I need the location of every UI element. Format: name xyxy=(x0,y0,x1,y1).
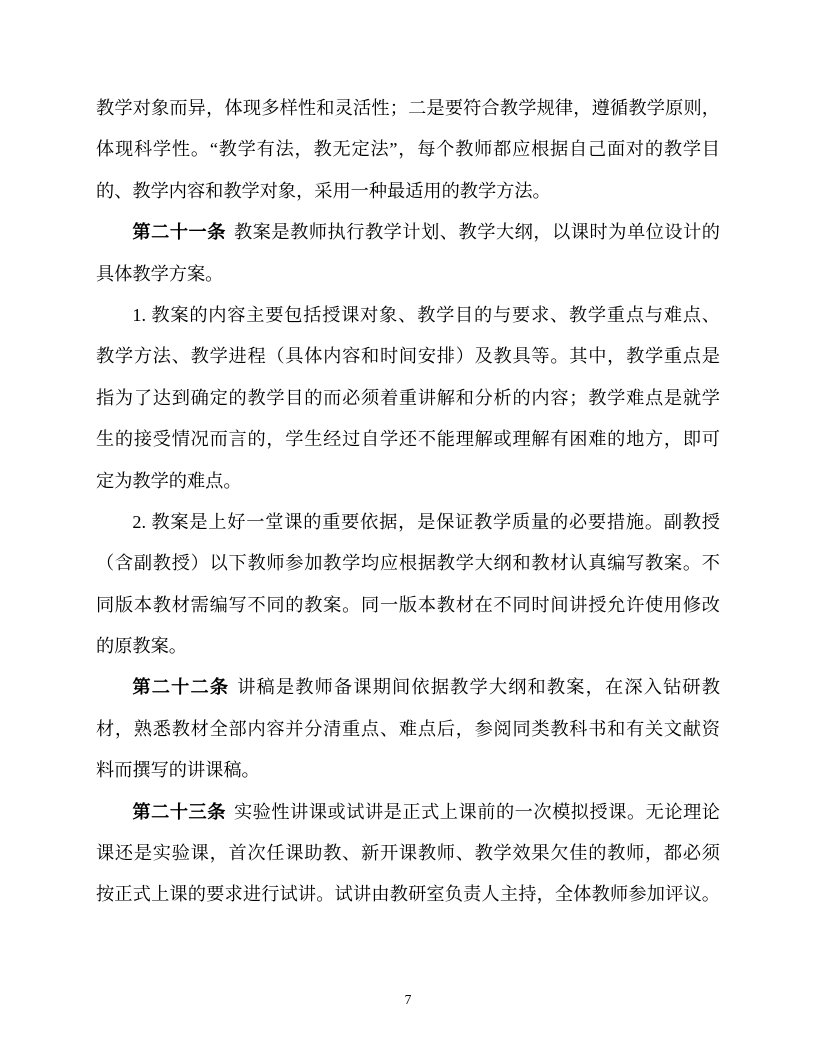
line-text: 实验性讲课或试讲是正式上课前的一次模拟授课。无论理论 xyxy=(234,802,720,822)
line-text: 课还是实验课，首次任课助教、新开课教师、教学效果欠佳的教师，都必须 xyxy=(96,843,720,863)
paragraph: 第二十二条讲稿是教师备课期间依据教学大纲和教案，在深入钻研教 材，熟悉教材全部内… xyxy=(96,667,720,791)
text-line: 材，熟悉教材全部内容并分清重点、难点后，参阅同类教科书和有关文献资 xyxy=(96,709,720,750)
text-line: 料而撰写的讲课稿。 xyxy=(96,750,720,791)
line-text: 体现科学性。“教学有法，教无定法”，每个教师都应根据自己面对的教学目 xyxy=(96,139,720,159)
paragraph: 教学对象而异，体现多样性和灵活性；二是要符合教学规律，遵循教学原则， 体现科学性… xyxy=(96,88,720,212)
text-line: 第二十二条讲稿是教师备课期间依据教学大纲和教案，在深入钻研教 xyxy=(96,667,720,708)
text-line: 课还是实验课，首次任课助教、新开课教师、教学效果欠佳的教师，都必须 xyxy=(96,833,720,874)
paragraph: 第二十一条教案是教师执行教学计划、教学大纲，以课时为单位设计的 具体教学方案。 xyxy=(96,212,720,295)
text-line: 具体教学方案。 xyxy=(96,254,720,295)
text-line: 第二十一条教案是教师执行教学计划、教学大纲，以课时为单位设计的 xyxy=(96,212,720,253)
text-line: （含副教授）以下教师参加教学均应根据教学大纲和教材认真编写教案。不 xyxy=(96,543,720,584)
text-line: 同版本教材需编写不同的教案。同一版本教材在不同时间讲授允许使用修改 xyxy=(96,585,720,626)
line-text: 按正式上课的要求进行试讲。试讲由教研室负责人主持，全体教师参加评议。 xyxy=(96,884,720,904)
text-line: 生的接受情况而言的，学生经过自学还不能理解或理解有困难的地方，即可 xyxy=(96,419,720,460)
text-line: 体现科学性。“教学有法，教无定法”，每个教师都应根据自己面对的教学目 xyxy=(96,129,720,170)
line-text: 2. 教案是上好一堂课的重要依据，是保证教学质量的必要措施。副教授 xyxy=(132,512,720,532)
text-line: 第二十三条实验性讲课或试讲是正式上课前的一次模拟授课。无论理论 xyxy=(96,792,720,833)
text-line: 教学方法、教学进程（具体内容和时间安排）及教具等。其中，教学重点是 xyxy=(96,336,720,377)
article-number: 第二十一条 xyxy=(132,222,226,242)
article-number: 第二十三条 xyxy=(132,802,226,822)
line-text: 料而撰写的讲课稿。 xyxy=(96,760,260,780)
text-line: 的原教案。 xyxy=(96,626,720,667)
text-line: 按正式上课的要求进行试讲。试讲由教研室负责人主持，全体教师参加评议。 xyxy=(96,874,720,915)
line-text: 的、教学内容和教学对象，采用一种最适用的教学方法。 xyxy=(96,181,551,201)
text-line: 的、教学内容和教学对象，采用一种最适用的教学方法。 xyxy=(96,171,720,212)
paragraph: 2. 教案是上好一堂课的重要依据，是保证教学质量的必要措施。副教授 （含副教授）… xyxy=(96,502,720,668)
line-text: 指为了达到确定的教学目的而必须着重讲解和分析的内容；教学难点是就学 xyxy=(96,388,720,408)
line-text: 教学对象而异，体现多样性和灵活性；二是要符合教学规律，遵循教学原则， xyxy=(96,98,720,118)
line-text: 材，熟悉教材全部内容并分清重点、难点后，参阅同类教科书和有关文献资 xyxy=(96,719,720,739)
page-number: 7 xyxy=(405,992,412,1007)
line-text: 1. 教案的内容主要包括授课对象、教学目的与要求、教学重点与难点、 xyxy=(132,305,720,325)
text-line: 定为教学的难点。 xyxy=(96,461,720,502)
line-text: 生的接受情况而言的，学生经过自学还不能理解或理解有困难的地方，即可 xyxy=(96,429,720,449)
line-text: 讲稿是教师备课期间依据教学大纲和教案，在深入钻研教 xyxy=(237,677,720,697)
page-footer: 7 xyxy=(0,992,816,1008)
line-text: 教学方法、教学进程（具体内容和时间安排）及教具等。其中，教学重点是 xyxy=(96,346,720,366)
document-page: 教学对象而异，体现多样性和灵活性；二是要符合教学规律，遵循教学原则， 体现科学性… xyxy=(0,0,816,1056)
text-line: 指为了达到确定的教学目的而必须着重讲解和分析的内容；教学难点是就学 xyxy=(96,378,720,419)
line-text: 的原教案。 xyxy=(96,636,187,656)
paragraph: 1. 教案的内容主要包括授课对象、教学目的与要求、教学重点与难点、 教学方法、教… xyxy=(96,295,720,502)
document-body: 教学对象而异，体现多样性和灵活性；二是要符合教学规律，遵循教学原则， 体现科学性… xyxy=(96,88,720,916)
line-text: 教案是教师执行教学计划、教学大纲，以课时为单位设计的 xyxy=(234,222,720,242)
article-number: 第二十二条 xyxy=(132,677,229,697)
line-text: （含副教授）以下教师参加教学均应根据教学大纲和教材认真编写教案。不 xyxy=(96,553,720,573)
paragraph: 第二十三条实验性讲课或试讲是正式上课前的一次模拟授课。无论理论 课还是实验课，首… xyxy=(96,792,720,916)
text-line: 2. 教案是上好一堂课的重要依据，是保证教学质量的必要措施。副教授 xyxy=(96,502,720,543)
line-text: 同版本教材需编写不同的教案。同一版本教材在不同时间讲授允许使用修改 xyxy=(96,595,720,615)
text-line: 教学对象而异，体现多样性和灵活性；二是要符合教学规律，遵循教学原则， xyxy=(96,88,720,129)
text-line: 1. 教案的内容主要包括授课对象、教学目的与要求、教学重点与难点、 xyxy=(96,295,720,336)
line-text: 具体教学方案。 xyxy=(96,264,223,284)
line-text: 定为教学的难点。 xyxy=(96,471,242,491)
